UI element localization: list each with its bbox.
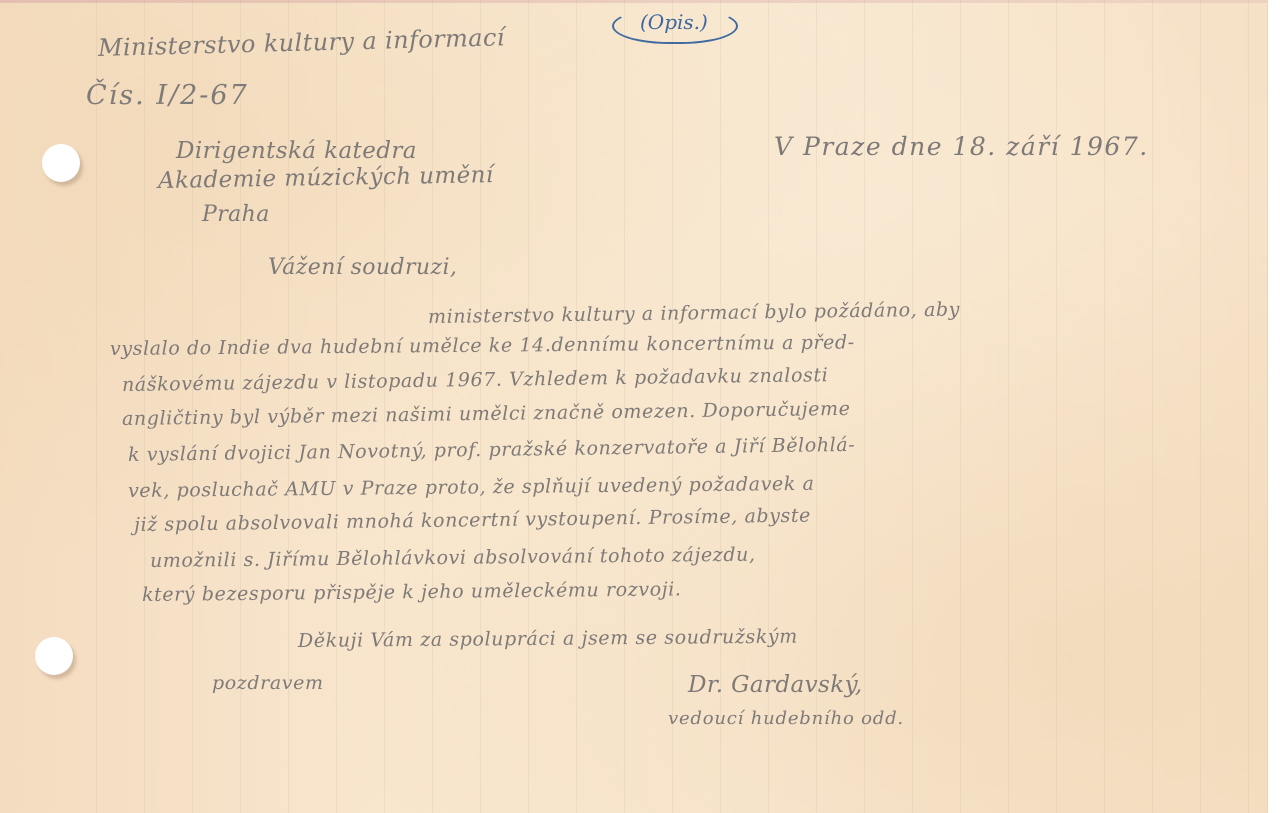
ruling-line (864, 0, 865, 813)
ruling-line (1152, 0, 1153, 813)
signature-title: vedoucí hudebního odd. (668, 708, 904, 729)
ruling-line (1200, 0, 1201, 813)
body-line-1: ministerstvo kultury a informací bylo po… (428, 299, 960, 328)
ruling-line (1248, 0, 1249, 813)
ruling-line (96, 0, 97, 813)
recipient-line-3: Praha (202, 202, 270, 227)
sender-heading: Ministerstvo kultury a informací (98, 23, 506, 62)
ruling-line (1056, 0, 1057, 813)
signature-name: Dr. Gardavský, (688, 672, 863, 698)
paper-top-edge (0, 0, 1267, 3)
ruling-line (144, 0, 145, 813)
ruling-line (1008, 0, 1009, 813)
body-line-4: angličtiny byl výběr mezi našimi umělci … (122, 398, 851, 430)
closing-line-2: pozdravem (212, 672, 324, 694)
body-line-2: vyslalo do Indie dva hudební umělce ke 1… (110, 332, 855, 360)
body-line-3: náškovému zájezdu v listopadu 1967. Vzhl… (122, 364, 829, 396)
body-line-5: k vyslání dvojici Jan Novotný, prof. pra… (128, 434, 856, 466)
opis-stamp-text: (Opis.) (640, 10, 708, 34)
recipient-line-1: Dirigentská katedra (176, 138, 417, 164)
reference-number: Čís. I/2-67 (86, 80, 249, 111)
body-line-6: vek, posluchač AMU v Praze proto, že spl… (128, 473, 815, 502)
punch-hole-bottom (35, 637, 73, 675)
body-line-9: který bezesporu přispěje k jeho umělecké… (142, 578, 682, 606)
letter-page: (Opis.) Ministerstvo kultury a informací… (0, 0, 1268, 813)
recipient-line-2: Akademie múzických umění (158, 162, 494, 194)
ruling-line (1104, 0, 1105, 813)
body-line-7: již spolu absolvovali mnohá koncertní vy… (134, 505, 811, 536)
ruling-line (912, 0, 913, 813)
salutation: Vážení soudruzi, (268, 255, 457, 280)
closing-line-1: Děkuji Vám za spolupráci a jsem se soudr… (298, 626, 798, 652)
ruling-line (960, 0, 961, 813)
place-and-date: V Praze dne 18. září 1967. (774, 132, 1149, 161)
punch-hole-top (42, 144, 80, 182)
